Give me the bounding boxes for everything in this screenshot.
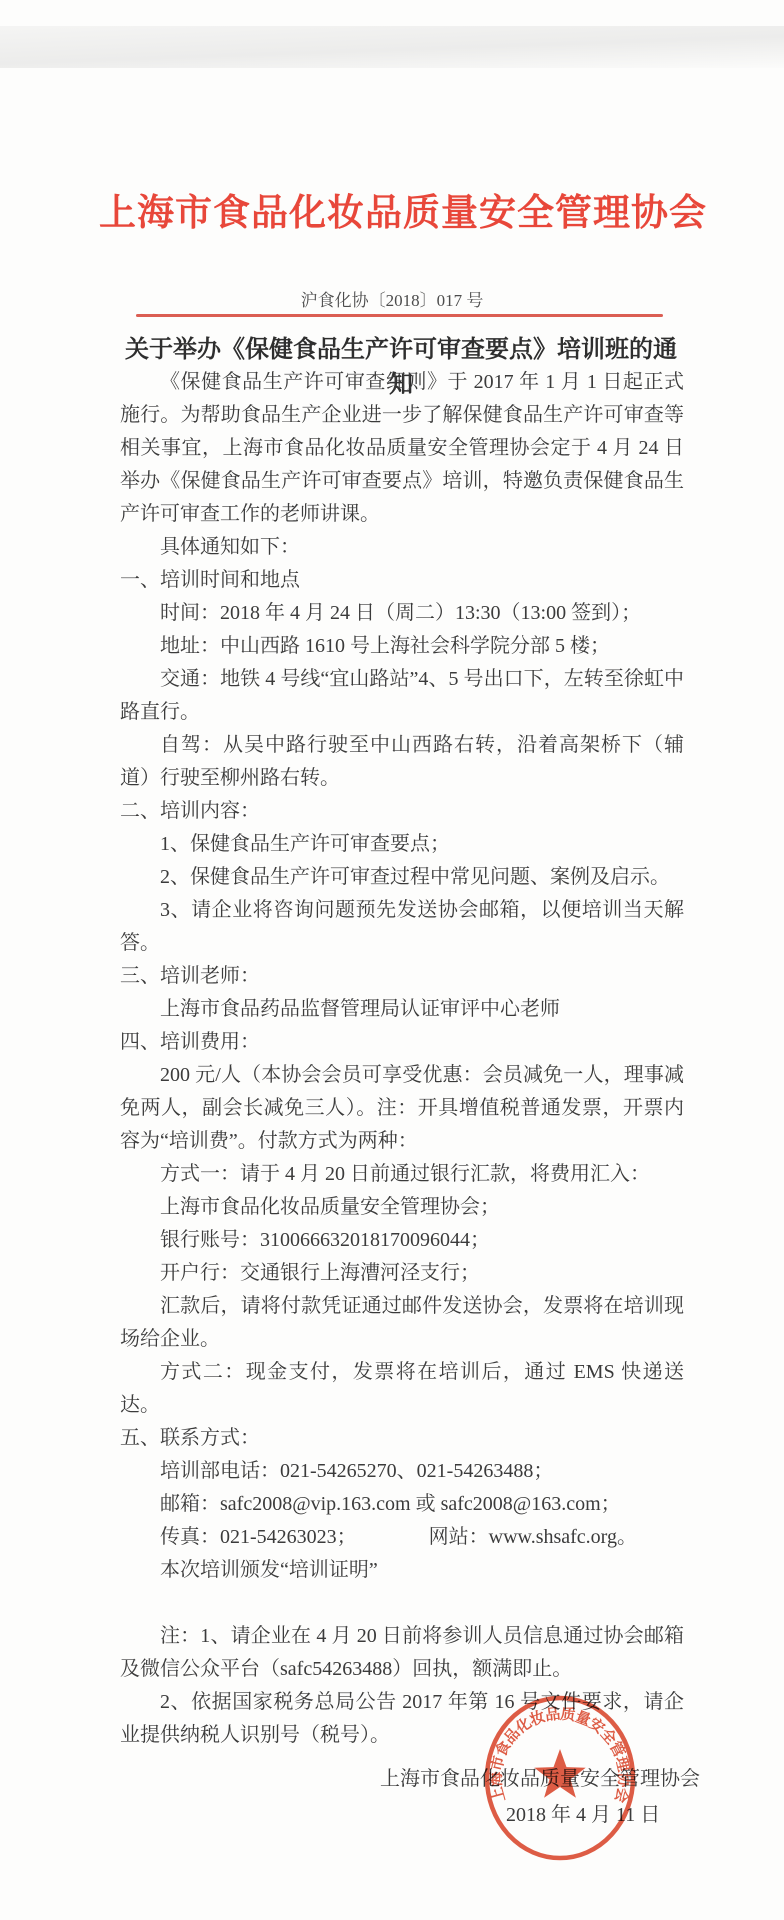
official-seal: 上海市食品化妆品质量安全管理协会 (481, 1692, 639, 1864)
para-certificate: 本次培训颁发“培训证明” (120, 1554, 684, 1587)
para-transit: 交通：地铁 4 号线“宜山路站”4、5 号出口下，左转至徐虹中路直行。 (120, 663, 684, 729)
org-title: 上海市食品化妆品质量安全管理协会 (22, 182, 784, 236)
para-content-item-1: 1、保健食品生产许可审查要点； (120, 828, 684, 861)
para-content-item-2: 2、保健食品生产许可审查过程中常见问题、案例及启示。 (120, 861, 684, 894)
para-remittance-note: 汇款后，请将付款凭证通过邮件发送协会，发票将在培训现场给企业。 (120, 1290, 684, 1356)
para-bank-account: 银行账号：310066632018170096044； (120, 1224, 684, 1257)
para-notice-follows: 具体通知如下： (120, 531, 684, 564)
notice-body: 《保健食品生产许可审查细则》于 2017 年 1 月 1 日起正式施行。为帮助食… (120, 366, 684, 1752)
star-icon (534, 1749, 585, 1798)
section-fees: 四、培训费用： (120, 1026, 684, 1059)
section-trainers: 三、培训老师： (120, 960, 684, 993)
header-rule (136, 314, 663, 317)
scan-artifact-shade (0, 26, 784, 68)
document-number: 沪食化协〔2018〕017 号 (0, 286, 784, 311)
section-contact: 五、联系方式： (120, 1422, 684, 1455)
website-label: 网站：www.shsafc.org。 (429, 1526, 637, 1548)
para-fee-details: 200 元/人（本协会会员可享受优惠：会员减免一人，理事减免两人，副会长减免三人… (120, 1059, 684, 1158)
para-bank-branch: 开户行：交通银行上海漕河泾支行； (120, 1257, 684, 1290)
para-email: 邮箱：safc2008@vip.163.com 或 safc2008@163.c… (120, 1488, 684, 1521)
para-time: 时间：2018 年 4 月 24 日（周二）13:30（13:00 签到）； (120, 597, 684, 630)
para-intro: 《保健食品生产许可审查细则》于 2017 年 1 月 1 日起正式施行。为帮助食… (120, 366, 684, 531)
para-note-1: 注：1、请企业在 4 月 20 日前将参训人员信息通过协会邮箱及微信公众平台（s… (120, 1620, 684, 1686)
section-training-content: 二、培训内容： (120, 795, 684, 828)
para-trainer: 上海市食品药品监督管理局认证审评中心老师 (120, 993, 684, 1026)
fax-label: 传真：021-54263023； (160, 1526, 357, 1548)
para-address: 地址：中山西路 1610 号上海社会科学院分部 5 楼； (120, 630, 684, 663)
scanned-notice-page: 上海市食品化妆品质量安全管理协会 沪食化协〔2018〕017 号 关于举办《保健… (0, 0, 784, 1920)
para-payment-method-2: 方式二：现金支付，发票将在培训后，通过 EMS 快递送达。 (120, 1356, 684, 1422)
para-payment-method-1: 方式一：请于 4 月 20 日前通过银行汇款，将费用汇入： (120, 1158, 684, 1191)
para-payee-name: 上海市食品化妆品质量安全管理协会； (120, 1191, 684, 1224)
para-fax-website: 传真：021-54263023；网站：www.shsafc.org。 (120, 1521, 684, 1554)
para-content-item-3: 3、请企业将咨询问题预先发送协会邮箱，以便培训当天解答。 (120, 894, 684, 960)
para-phone: 培训部电话：021-54265270、021-54263488； (120, 1455, 684, 1488)
section-time-location: 一、培训时间和地点 (120, 564, 684, 597)
para-driving: 自驾：从吴中路行驶至中山西路右转，沿着高架桥下（辅道）行驶至柳州路右转。 (120, 729, 684, 795)
